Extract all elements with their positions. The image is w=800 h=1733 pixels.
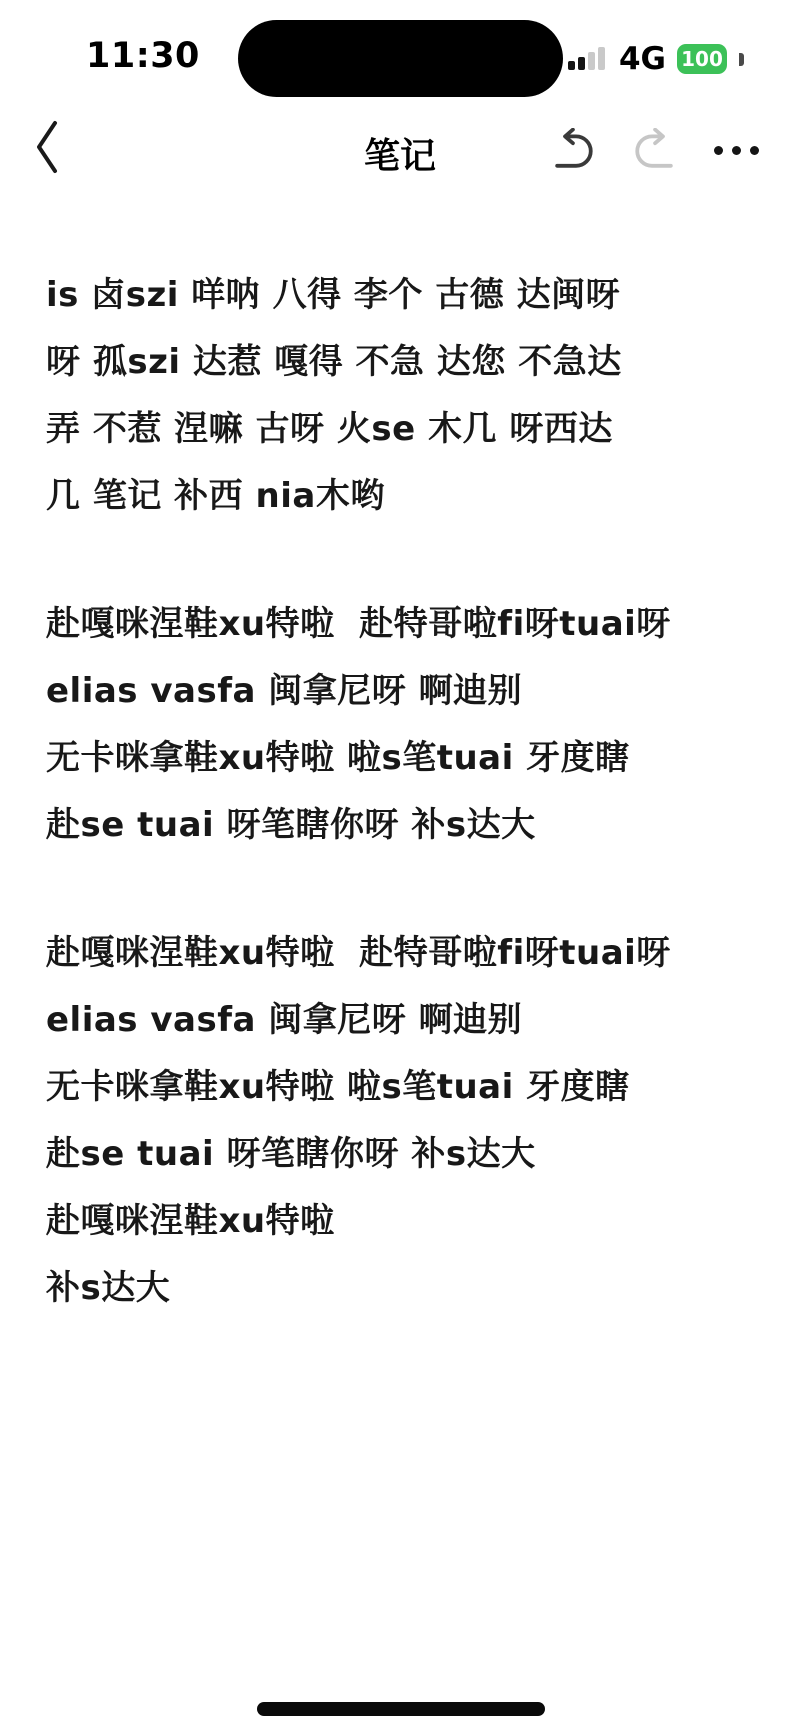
- note-content[interactable]: is 卤szi 咩呐 八得 李个 古德 达闽呀呀 孤szi 达惹 嘎得 不急 达…: [46, 262, 766, 1383]
- note-line: is 卤szi 咩呐 八得 李个 古德 达闽呀: [46, 262, 766, 329]
- redo-button[interactable]: [632, 128, 676, 172]
- note-line: 赴嘎咪涅鞋xu特啦: [46, 1188, 766, 1255]
- note-paragraph: 赴嘎咪涅鞋xu特啦 赴特哥啦fi呀tuai呀elias vasfa 闽拿尼呀 啊…: [46, 920, 766, 1322]
- ellipsis-icon: [732, 146, 741, 155]
- network-type-label: 4G: [619, 41, 666, 77]
- note-line: 赴se tuai 呀笔瞎你呀 补s达大: [46, 1121, 766, 1188]
- battery-nub: [739, 53, 744, 66]
- more-button[interactable]: [714, 146, 759, 155]
- ellipsis-icon: [714, 146, 723, 155]
- notes-screen: 11:30 4G 100 笔记: [0, 0, 800, 1733]
- page-title: 笔记: [0, 128, 800, 179]
- note-line: 弄 不惹 涅嘛 古呀 火se 木几 呀西达: [46, 396, 766, 463]
- battery-icon: 100: [677, 44, 727, 74]
- redo-arrow-icon: [632, 155, 674, 174]
- ellipsis-icon: [750, 146, 759, 155]
- note-line: 赴se tuai 呀笔瞎你呀 补s达大: [46, 792, 766, 859]
- note-line: elias vasfa 闽拿尼呀 啊迪别: [46, 987, 766, 1054]
- note-line: 补s达大: [46, 1255, 766, 1322]
- undo-arrow-icon: [554, 155, 596, 174]
- note-line: 赴嘎咪涅鞋xu特啦 赴特哥啦fi呀tuai呀: [46, 591, 766, 658]
- dynamic-island-pill: [238, 20, 563, 97]
- undo-button[interactable]: [554, 128, 598, 172]
- status-time: 11:30: [86, 36, 200, 76]
- cellular-signal-icon: [568, 45, 608, 74]
- note-line: elias vasfa 闽拿尼呀 啊迪别: [46, 658, 766, 725]
- note-line: 无卡咪拿鞋xu特啦 啦s笔tuai 牙度瞎: [46, 1054, 766, 1121]
- note-line: 赴嘎咪涅鞋xu特啦 赴特哥啦fi呀tuai呀: [46, 920, 766, 987]
- note-paragraph: is 卤szi 咩呐 八得 李个 古德 达闽呀呀 孤szi 达惹 嘎得 不急 达…: [46, 262, 766, 530]
- status-icons: 4G 100: [568, 42, 744, 76]
- note-line: 几 笔记 补西 nia木哟: [46, 463, 766, 530]
- note-line: 无卡咪拿鞋xu特啦 啦s笔tuai 牙度瞎: [46, 725, 766, 792]
- note-line: 呀 孤szi 达惹 嘎得 不急 达您 不急达: [46, 329, 766, 396]
- home-indicator[interactable]: [257, 1702, 545, 1716]
- note-paragraph: 赴嘎咪涅鞋xu特啦 赴特哥啦fi呀tuai呀elias vasfa 闽拿尼呀 啊…: [46, 591, 766, 859]
